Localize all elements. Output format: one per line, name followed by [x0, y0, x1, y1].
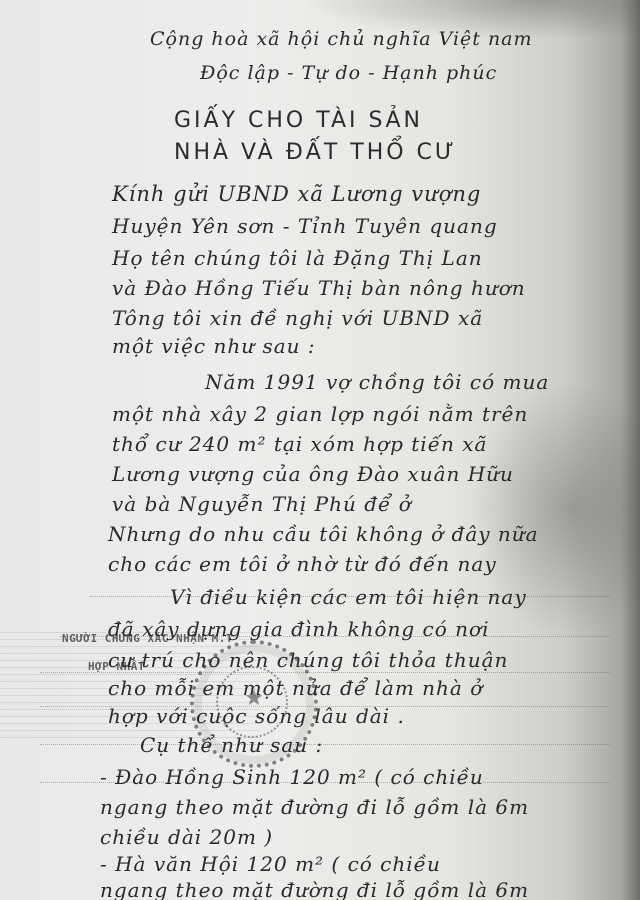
- document-title-line1: GIẤY CHO TÀI SẢN: [174, 108, 423, 133]
- body-line-22: chiều dài 20m ): [100, 825, 273, 849]
- body-line-17: cho mỗi em một nửa để làm nhà ở: [108, 676, 483, 700]
- body-line-9: thổ cư 240 m² tại xóm hợp tiến xã: [112, 432, 487, 456]
- body-line-15: đã xây dựng gia đình không có nơi: [108, 617, 489, 641]
- body-line-18: hợp với cuộc sống lâu dài .: [108, 704, 405, 728]
- body-line-12: Nhưng do nhu cầu tôi không ở đây nữa: [108, 522, 539, 546]
- body-line-8: một nhà xây 2 gian lợp ngói nằm trên: [112, 402, 528, 426]
- body-line-21: ngang theo mặt đường đi lỗ gồm là 6m: [100, 795, 529, 819]
- body-line-19: Cụ thể như sau :: [140, 733, 323, 757]
- body-line-5: Tông tôi xin đề nghị với UBND xã: [112, 306, 483, 330]
- national-motto-line2: Độc lập - Tự do - Hạnh phúc: [200, 62, 497, 84]
- body-line-24: ngang theo mặt đường đi lỗ gồm là 6m: [100, 878, 529, 900]
- body-line-23: - Hà văn Hội 120 m² ( có chiều: [100, 852, 441, 876]
- body-line-4: và Đào Hồng Tiếu Thị bàn nông hươn: [112, 276, 526, 300]
- body-line-3: Họ tên chúng tôi là Đặng Thị Lan: [112, 246, 483, 270]
- body-line-10: Lương vượng của ông Đào xuân Hữu: [112, 462, 514, 486]
- scanned-document-page: ★ NGƯỜI CHỨNG XÁC NHẬN M.T HỢP NHẤT Cộng…: [0, 0, 640, 900]
- body-line-16: cư trú cho nên chúng tôi thỏa thuận: [108, 648, 508, 672]
- body-line-20: - Đào Hồng Sinh 120 m² ( có chiều: [100, 765, 484, 789]
- ruled-line: [40, 744, 610, 745]
- body-line-2: Huyện Yên sơn - Tỉnh Tuyên quang: [112, 214, 498, 238]
- body-line-6: một việc như sau :: [112, 334, 316, 358]
- body-line-1: Kính gửi UBND xã Lương vượng: [112, 182, 481, 206]
- national-motto-line1: Cộng hoà xã hội chủ nghĩa Việt nam: [150, 28, 533, 50]
- document-title-line2: NHÀ VÀ ĐẤT THỔ CƯ: [174, 140, 457, 165]
- body-line-14: Vì điều kiện các em tôi hiện nay: [170, 585, 527, 609]
- body-line-13: cho các em tôi ở nhờ từ đó đến nay: [108, 552, 497, 576]
- body-line-7: Năm 1991 vợ chồng tôi có mua: [205, 370, 549, 394]
- body-line-11: và bà Nguyễn Thị Phú để ở: [112, 492, 412, 516]
